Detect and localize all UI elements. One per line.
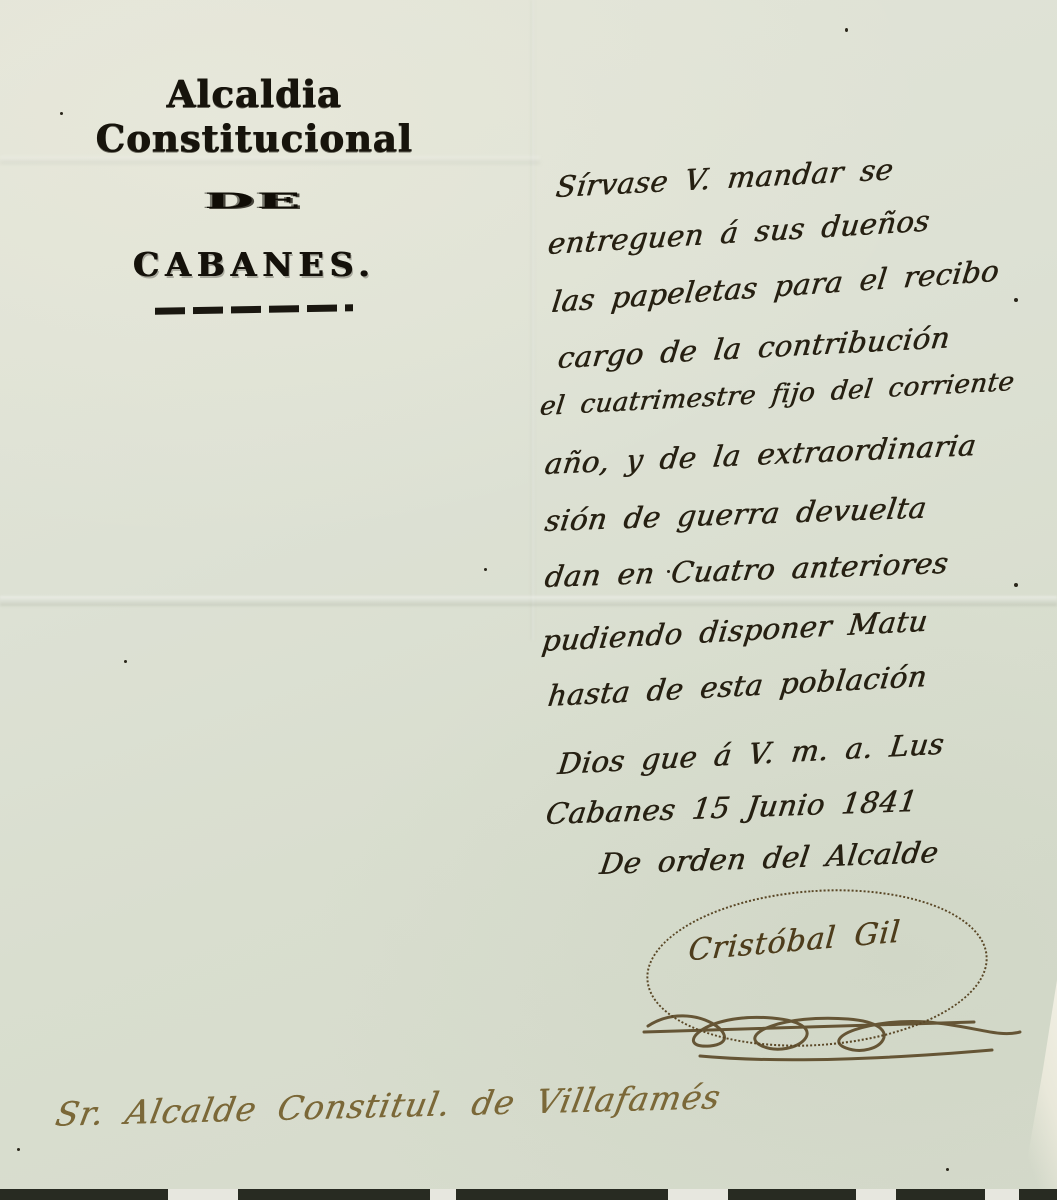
- vertical-fold-crease: [531, 0, 535, 640]
- ink-speck: [845, 28, 848, 32]
- scan-edge-gap: [985, 1189, 1019, 1200]
- date-line: Cabanes 15 Junio 1841: [544, 784, 920, 831]
- ink-speck: [17, 1148, 20, 1151]
- handwritten-line: pudiendo disponer Matu: [540, 604, 930, 658]
- handwritten-line: entreguen á sus dueños: [546, 204, 932, 262]
- handwritten-line: sión de guerra devuelta: [543, 491, 929, 539]
- scan-edge-gap: [668, 1189, 728, 1200]
- handwritten-line: cargo de la contribución: [556, 320, 952, 375]
- signature-rubric-icon: [636, 962, 1036, 1072]
- handwritten-line: las papeletas para el recibo: [550, 254, 1001, 320]
- ink-speck: [1014, 583, 1018, 587]
- letterhead-de: DE: [205, 187, 304, 213]
- letterhead-title: Alcaldia Constitucional: [38, 71, 470, 161]
- scan-edge-gap: [168, 1189, 238, 1200]
- letterhead: Alcaldia Constitucional DE CABANES.: [38, 58, 470, 313]
- ink-speck: [667, 570, 670, 573]
- handwritten-line: hasta de esta población: [546, 659, 929, 713]
- closing-line: De orden del Alcalde: [598, 835, 941, 881]
- handwritten-line: Dios gue á V. m. a. Lus: [556, 727, 946, 781]
- address-line: Sr. Alcalde Constitul. de Villafamés: [52, 1077, 724, 1134]
- ink-speck: [60, 112, 63, 115]
- letterhead-rule: [155, 304, 353, 314]
- ink-speck: [124, 660, 127, 663]
- ink-speck: [1014, 298, 1018, 302]
- scanned-letter-page: Alcaldia Constitucional DE CABANES. Sírv…: [0, 0, 1057, 1200]
- handwritten-line: año, y de la extraordinaria: [543, 428, 979, 481]
- handwritten-line: dan en Cuatro anteriores: [543, 546, 951, 594]
- letterhead-place: CABANES.: [38, 245, 470, 284]
- scan-edge-gap: [430, 1189, 456, 1200]
- ink-speck: [946, 1168, 949, 1171]
- handwritten-line: el cuatrimestre fijo del corriente: [538, 367, 1016, 422]
- scan-edge-gap: [856, 1189, 896, 1200]
- ink-speck: [484, 568, 487, 571]
- handwritten-line: Sírvase V. mandar se: [554, 152, 895, 204]
- scan-bottom-edge: [0, 1189, 1057, 1200]
